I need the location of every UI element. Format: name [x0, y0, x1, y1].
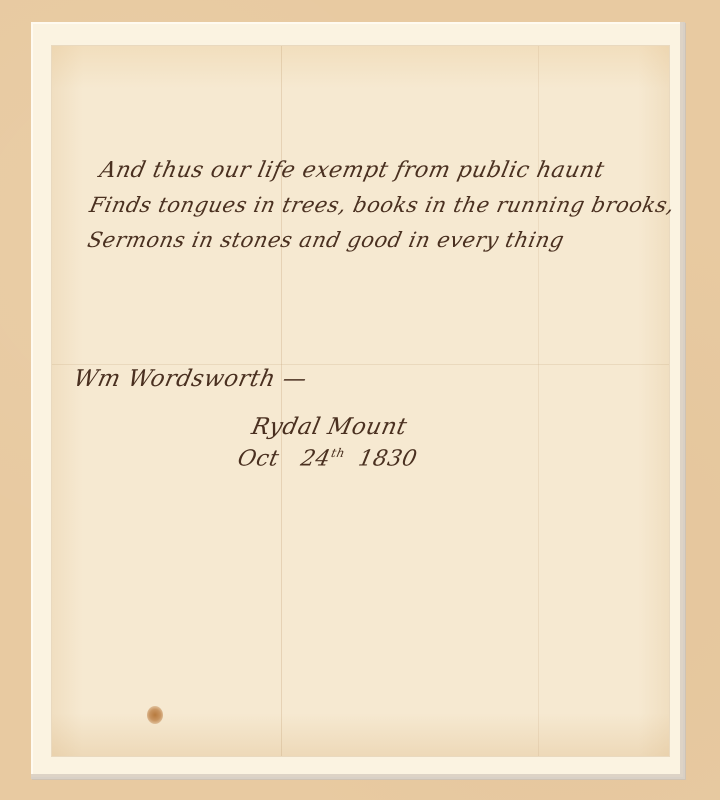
quote-line-2: Finds tongues in trees, books in the run…	[87, 193, 676, 217]
date-year: 1830	[356, 446, 419, 471]
date-day-suffix: th	[330, 446, 347, 460]
vertical-fold-line-secondary	[538, 46, 539, 756]
place-name: Rydal Mount	[249, 414, 409, 440]
quote-line-1: And thus our life exempt from public hau…	[97, 158, 606, 183]
date-day: 24	[298, 446, 332, 471]
quote-line-3: Sermons in stones and good in every thin…	[85, 228, 566, 252]
date-month: Oct	[235, 446, 281, 471]
manuscript-paper: And thus our life exempt from public hau…	[52, 46, 669, 756]
signature: Wm Wordsworth —	[71, 366, 309, 392]
horizontal-fold-line	[52, 364, 669, 365]
foxing-stain	[147, 706, 163, 724]
vertical-fold-line	[281, 46, 282, 756]
date-line: Oct 24th 1830	[235, 446, 419, 471]
